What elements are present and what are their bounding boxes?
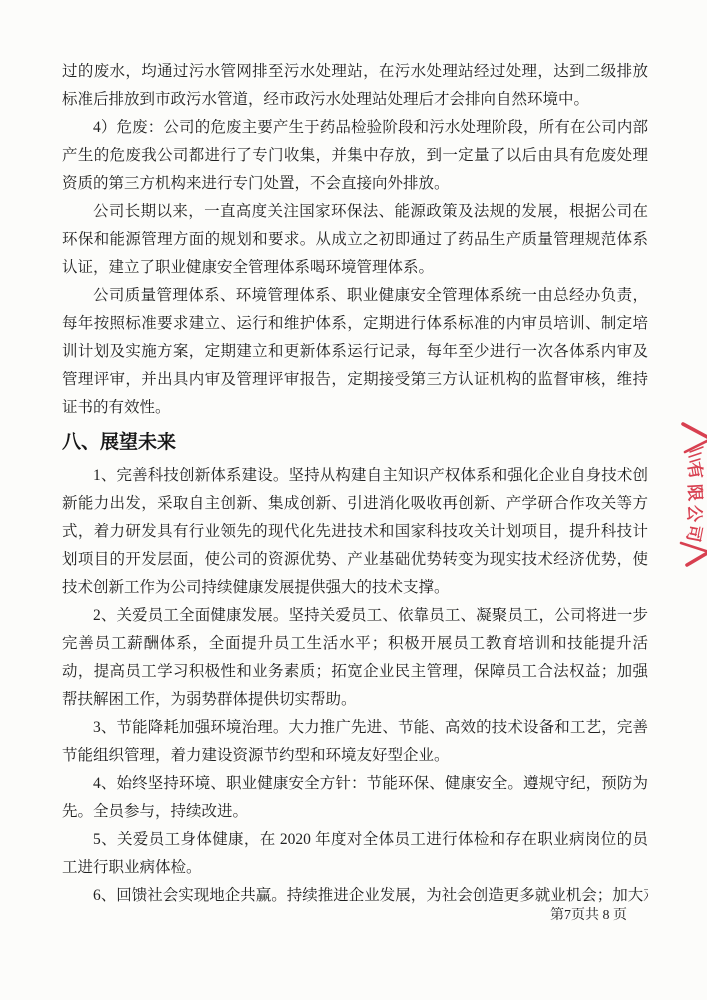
company-seal-edge: 有 限 公 司 [675,422,707,567]
document-page: 过的废水，均通过污水管网排至污水处理站，在污水处理站经过处理，达到二级排放标准后… [0,0,707,1000]
list-item-1-tech-innovation: 1、完善科技创新体系建设。坚持从构建自主知识产权体系和强化企业自身技术创 新能力… [62,462,648,602]
company-seal-icon: 有 限 公 司 [675,422,707,567]
seal-top-chevron-icon [683,424,707,462]
paragraph-wastewater-continuation: 过的废水，均通过污水管网排至污水处理站，在污水处理站经过处理，达到二级排放标准后… [62,58,648,114]
seal-char: 公 [684,504,704,522]
seal-char: 司 [683,523,705,543]
page-number: 第7页共 8 页 [550,906,627,926]
seal-text: 有 限 公 司 [683,460,707,543]
paragraph-hazardous-waste: 4）危废：公司的危废主要产生于药品检验阶段和污水处理阶段，所有在公司内部产生的危… [62,114,648,198]
list-item-3-energy-saving: 3、节能降耗加强环境治理。大力推广先进、节能、高效的技术设备和工艺，完善 节能组… [62,714,648,770]
paragraph-management-systems: 公司质量管理体系、环境管理体系、职业健康安全管理体系统一由总经办负责，每年按照标… [62,282,648,422]
list-item-2-employee-wellbeing: 2、关爱员工全面健康发展。坚持关爱员工、依靠员工、凝聚员工，公司将进一步 完善员… [62,602,648,714]
list-item-5-health-checks: 5、关爱员工身体健康，在 2020 年度对全体员工进行体检和存在职业病岗位的员工… [62,826,648,882]
list-item-4-safety-policy: 4、始终坚持环境、职业健康安全方针：节能环保、健康安全。遵规守纪，预防为 先。全… [62,770,648,826]
section-heading-future-outlook: 八、展望未来 [62,428,648,458]
seal-char: 限 [685,484,705,502]
seal-char: 有 [684,460,707,480]
document-body: 过的废水，均通过污水管网排至污水处理站，在污水处理站经过处理，达到二级排放标准后… [62,58,648,910]
paragraph-policy-attention: 公司长期以来，一直高度关注国家环保法、能源政策及法规的发展，根据公司在环保和能源… [62,198,648,282]
seal-bottom-chevron-icon [681,543,707,565]
